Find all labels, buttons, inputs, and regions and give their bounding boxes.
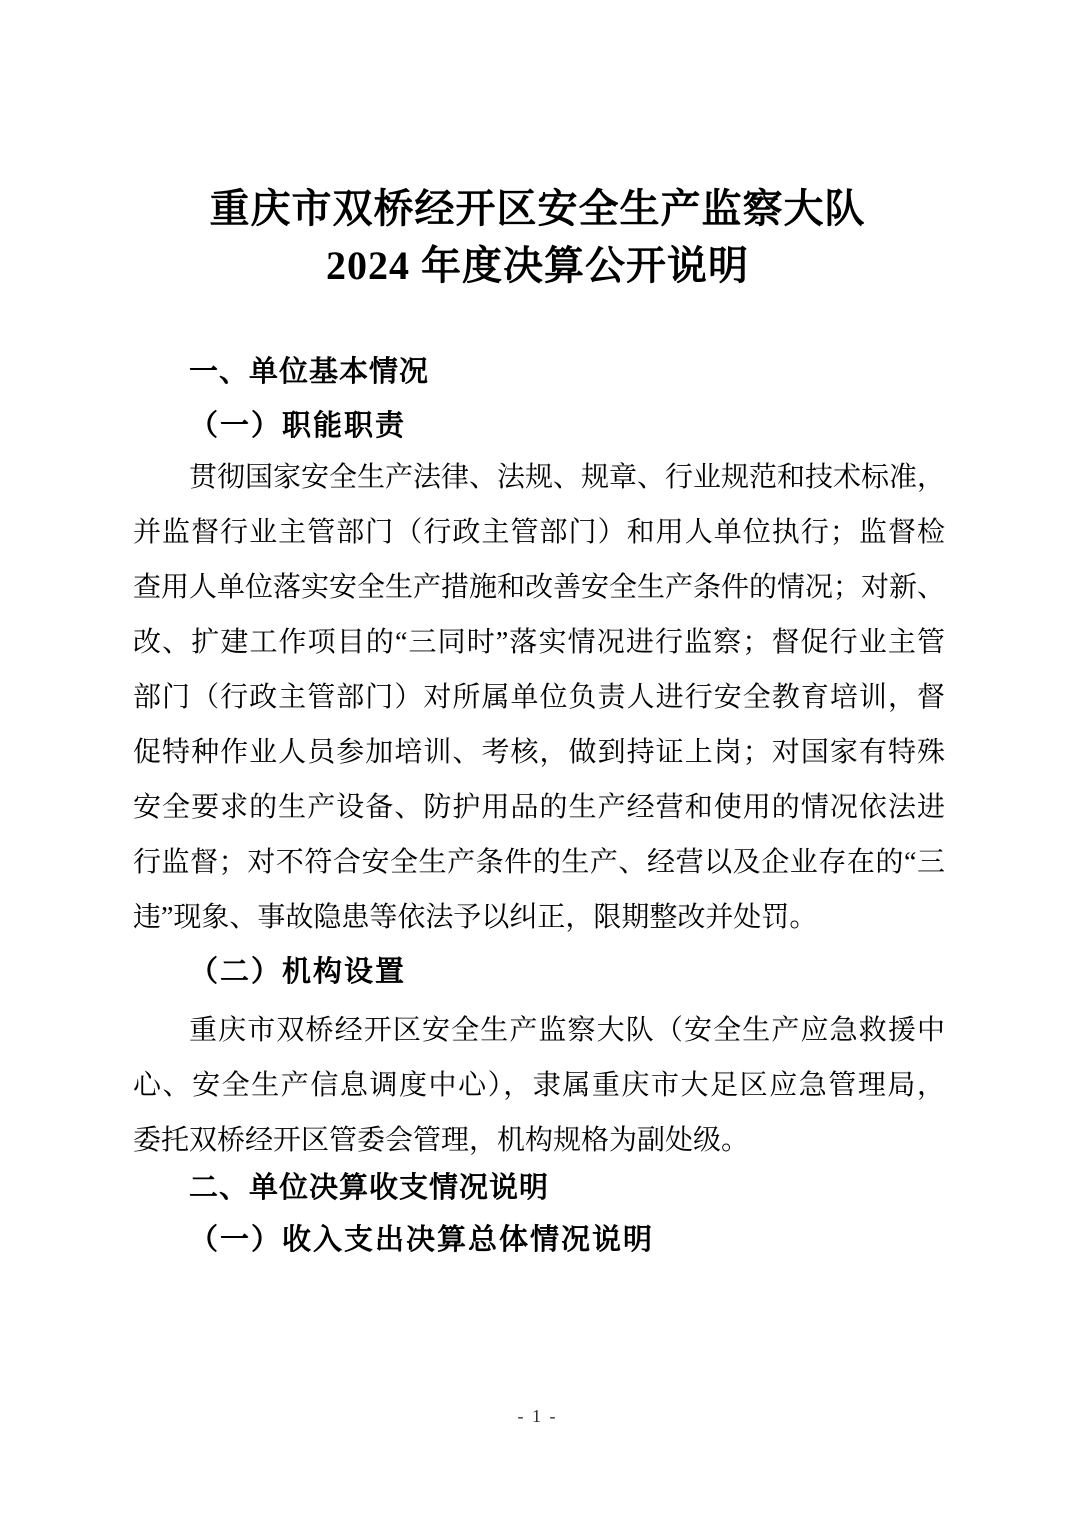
document-title-line2: 2024 年度决算公开说明 <box>0 237 1075 294</box>
page-number: - 1 - <box>0 1406 1075 1427</box>
document-page: 重庆市双桥经开区安全生产监察大队 2024 年度决算公开说明 一、单位基本情况 … <box>0 0 1075 1520</box>
paragraph-line: 贯彻国家安全生产法律、法规、规章、行业规范和技术标准， <box>133 450 945 505</box>
paragraph-line: 并监督行业主管部门（行政主管部门）和用人单位执行；监督检 <box>133 505 945 560</box>
heading-sub-organization: （二）机构设置 <box>189 952 406 992</box>
paragraph-line: 安全要求的生产设备、防护用品的生产经营和使用的情况依法进 <box>133 780 945 835</box>
paragraph-line: 改、扩建工作项目的“三同时”落实情况进行监察；督促行业主管 <box>133 615 945 670</box>
paragraph-line: 违”现象、事故隐患等依法予以纠正，限期整改并处罚。 <box>133 890 945 945</box>
heading-section-2: 二、单位决算收支情况说明 <box>189 1168 549 1208</box>
paragraph-organization: 重庆市双桥经开区安全生产监察大队（安全生产应急救援中 心、安全生产信息调度中心）… <box>133 1003 945 1168</box>
paragraph-line: 重庆市双桥经开区安全生产监察大队（安全生产应急救援中 <box>133 1003 945 1058</box>
paragraph-line: 心、安全生产信息调度中心），隶属重庆市大足区应急管理局， <box>133 1058 945 1113</box>
paragraph-line: 委托双桥经开区管委会管理，机构规格为副处级。 <box>133 1113 945 1168</box>
paragraph-line: 部门（行政主管部门）对所属单位负责人进行安全教育培训，督 <box>133 670 945 725</box>
paragraph-duties: 贯彻国家安全生产法律、法规、规章、行业规范和技术标准， 并监督行业主管部门（行政… <box>133 450 945 945</box>
paragraph-line: 查用人单位落实安全生产措施和改善安全生产条件的情况；对新、 <box>133 560 945 615</box>
paragraph-line: 促特种作业人员参加培训、考核，做到持证上岗；对国家有特殊 <box>133 725 945 780</box>
paragraph-line: 行监督；对不符合安全生产条件的生产、经营以及企业存在的“三 <box>133 835 945 890</box>
heading-sub-budget-overview: （一）收入支出决算总体情况说明 <box>189 1220 654 1260</box>
heading-sub-duties: （一）职能职责 <box>189 406 406 446</box>
heading-section-1: 一、单位基本情况 <box>189 352 429 392</box>
document-title-line1: 重庆市双桥经开区安全生产监察大队 <box>0 180 1075 237</box>
document-title: 重庆市双桥经开区安全生产监察大队 2024 年度决算公开说明 <box>0 180 1075 294</box>
